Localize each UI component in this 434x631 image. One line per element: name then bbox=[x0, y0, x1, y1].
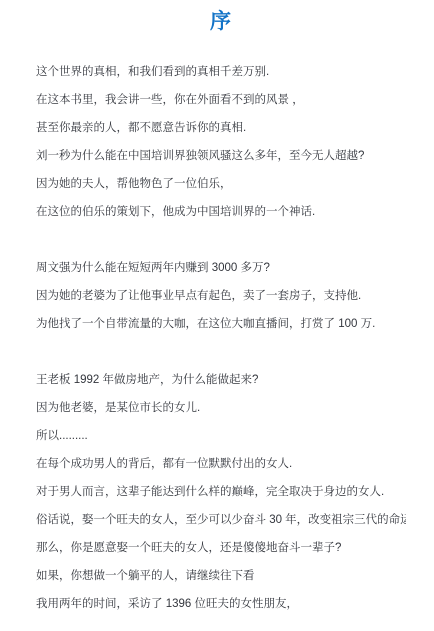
paragraph-line: 在这本书里，我会讲一些，你在外面看不到的风景 ， bbox=[36, 86, 406, 114]
paragraph-line: 俗话说，娶一个旺夫的女人，至少可以少奋斗 30 年，改变祖宗三代的命运. bbox=[36, 506, 406, 534]
paragraph-line: 王老板 1992 年做房地产，为什么能做起来? bbox=[36, 366, 406, 394]
paragraph-line: 所以......... bbox=[36, 422, 406, 450]
paragraph-line: 对于男人而言，这辈子能达到什么样的巅峰，完全取决于身边的女人. bbox=[36, 478, 406, 506]
paragraph-line: 我用两年的时间，采访了 1396 位旺夫的女性朋友， bbox=[36, 590, 406, 618]
paragraph-spacer bbox=[36, 338, 406, 366]
paragraph-line: 那么，你是愿意娶一个旺夫的女人，还是傻傻地奋斗一辈子? bbox=[36, 534, 406, 562]
document-page: 序 这个世界的真相，和我们看到的真相千差万别. 在这本书里，我会讲一些，你在外面… bbox=[0, 0, 434, 631]
paragraph-line: 在每个成功男人的背后，都有一位默默付出的女人. bbox=[36, 450, 406, 478]
paragraph-line: 这个世界的真相，和我们看到的真相千差万别. bbox=[36, 58, 406, 86]
document-body: 这个世界的真相，和我们看到的真相千差万别. 在这本书里，我会讲一些，你在外面看不… bbox=[36, 58, 406, 618]
paragraph-line: 因为他老婆，是某位市长的女儿. bbox=[36, 394, 406, 422]
paragraph-spacer bbox=[36, 226, 406, 254]
paragraph-line: 甚至你最亲的人，都不愿意告诉你的真相. bbox=[36, 114, 406, 142]
paragraph-line: 在这位的伯乐的策划下，他成为中国培训界的一个神话. bbox=[36, 198, 406, 226]
paragraph-line: 因为她的老婆为了让他事业早点有起色，卖了一套房子，支持他. bbox=[36, 282, 406, 310]
paragraph-line: 周文强为什么能在短短两年内赚到 3000 多万? bbox=[36, 254, 406, 282]
paragraph-line: 为他找了一个自带流量的大咖，在这位大咖直播间，打赏了 100 万. bbox=[36, 310, 406, 338]
page-title: 序 bbox=[36, 10, 406, 34]
paragraph-line: 如果，你想做一个躺平的人，请继续往下看 bbox=[36, 562, 406, 590]
paragraph-line: 因为她的夫人，帮他物色了一位伯乐， bbox=[36, 170, 406, 198]
paragraph-line: 刘一秒为什么能在中国培训界独领风骚这么多年，至今无人超越? bbox=[36, 142, 406, 170]
